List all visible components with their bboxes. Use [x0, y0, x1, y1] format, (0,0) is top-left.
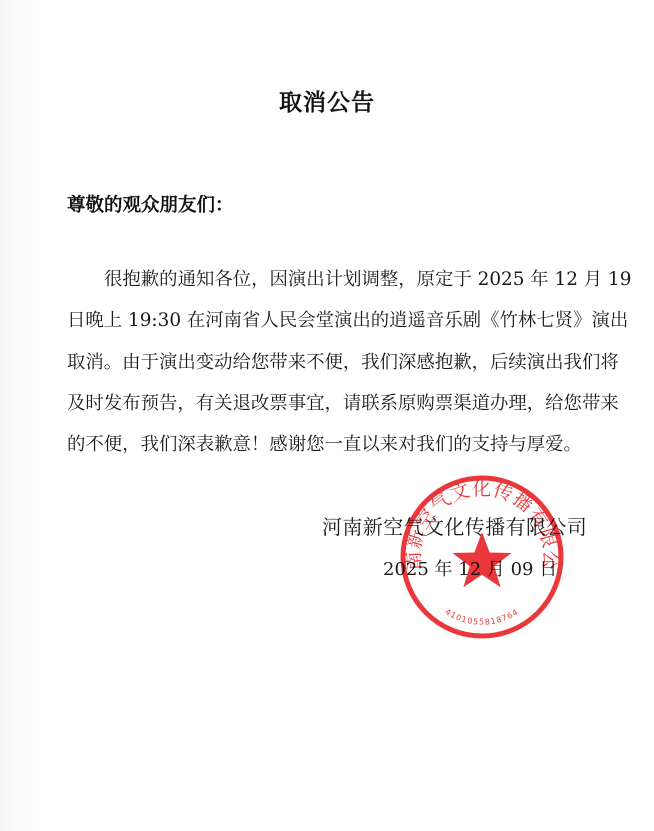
- star-icon: [453, 532, 512, 587]
- page-title: 取消公告: [0, 84, 654, 117]
- body-line-4: 及时发布预告，有关退改票事宜，请联系原购票渠道办理，给您带来: [67, 383, 622, 424]
- body-line-2: 日晚上 19:30 在河南省人民会堂演出的逍遥音乐剧《竹林七贤》演出: [67, 300, 622, 341]
- seal-number: 4101055818764: [444, 607, 521, 627]
- body-line-3: 取消。由于演出变动给您带来不便，我们深感抱歉，后续演出我们将: [67, 342, 622, 383]
- salutation: 尊敬的观众朋友们：: [67, 191, 234, 217]
- body-line-1: 很抱歉的通知各位，因演出计划调整，原定于 2025 年 12 月 19: [67, 259, 622, 300]
- company-seal: 河南新空气文化传播有限公司 4101055818764: [399, 474, 565, 640]
- announcement-body: 很抱歉的通知各位，因演出计划调整，原定于 2025 年 12 月 19 日晚上 …: [67, 259, 622, 465]
- svg-text:4101055818764: 4101055818764: [444, 607, 521, 627]
- page-edge-shadow: [0, 0, 40, 831]
- body-line-5: 的不便，我们深表歉意！感谢您一直以来对我们的支持与厚爱。: [67, 424, 622, 465]
